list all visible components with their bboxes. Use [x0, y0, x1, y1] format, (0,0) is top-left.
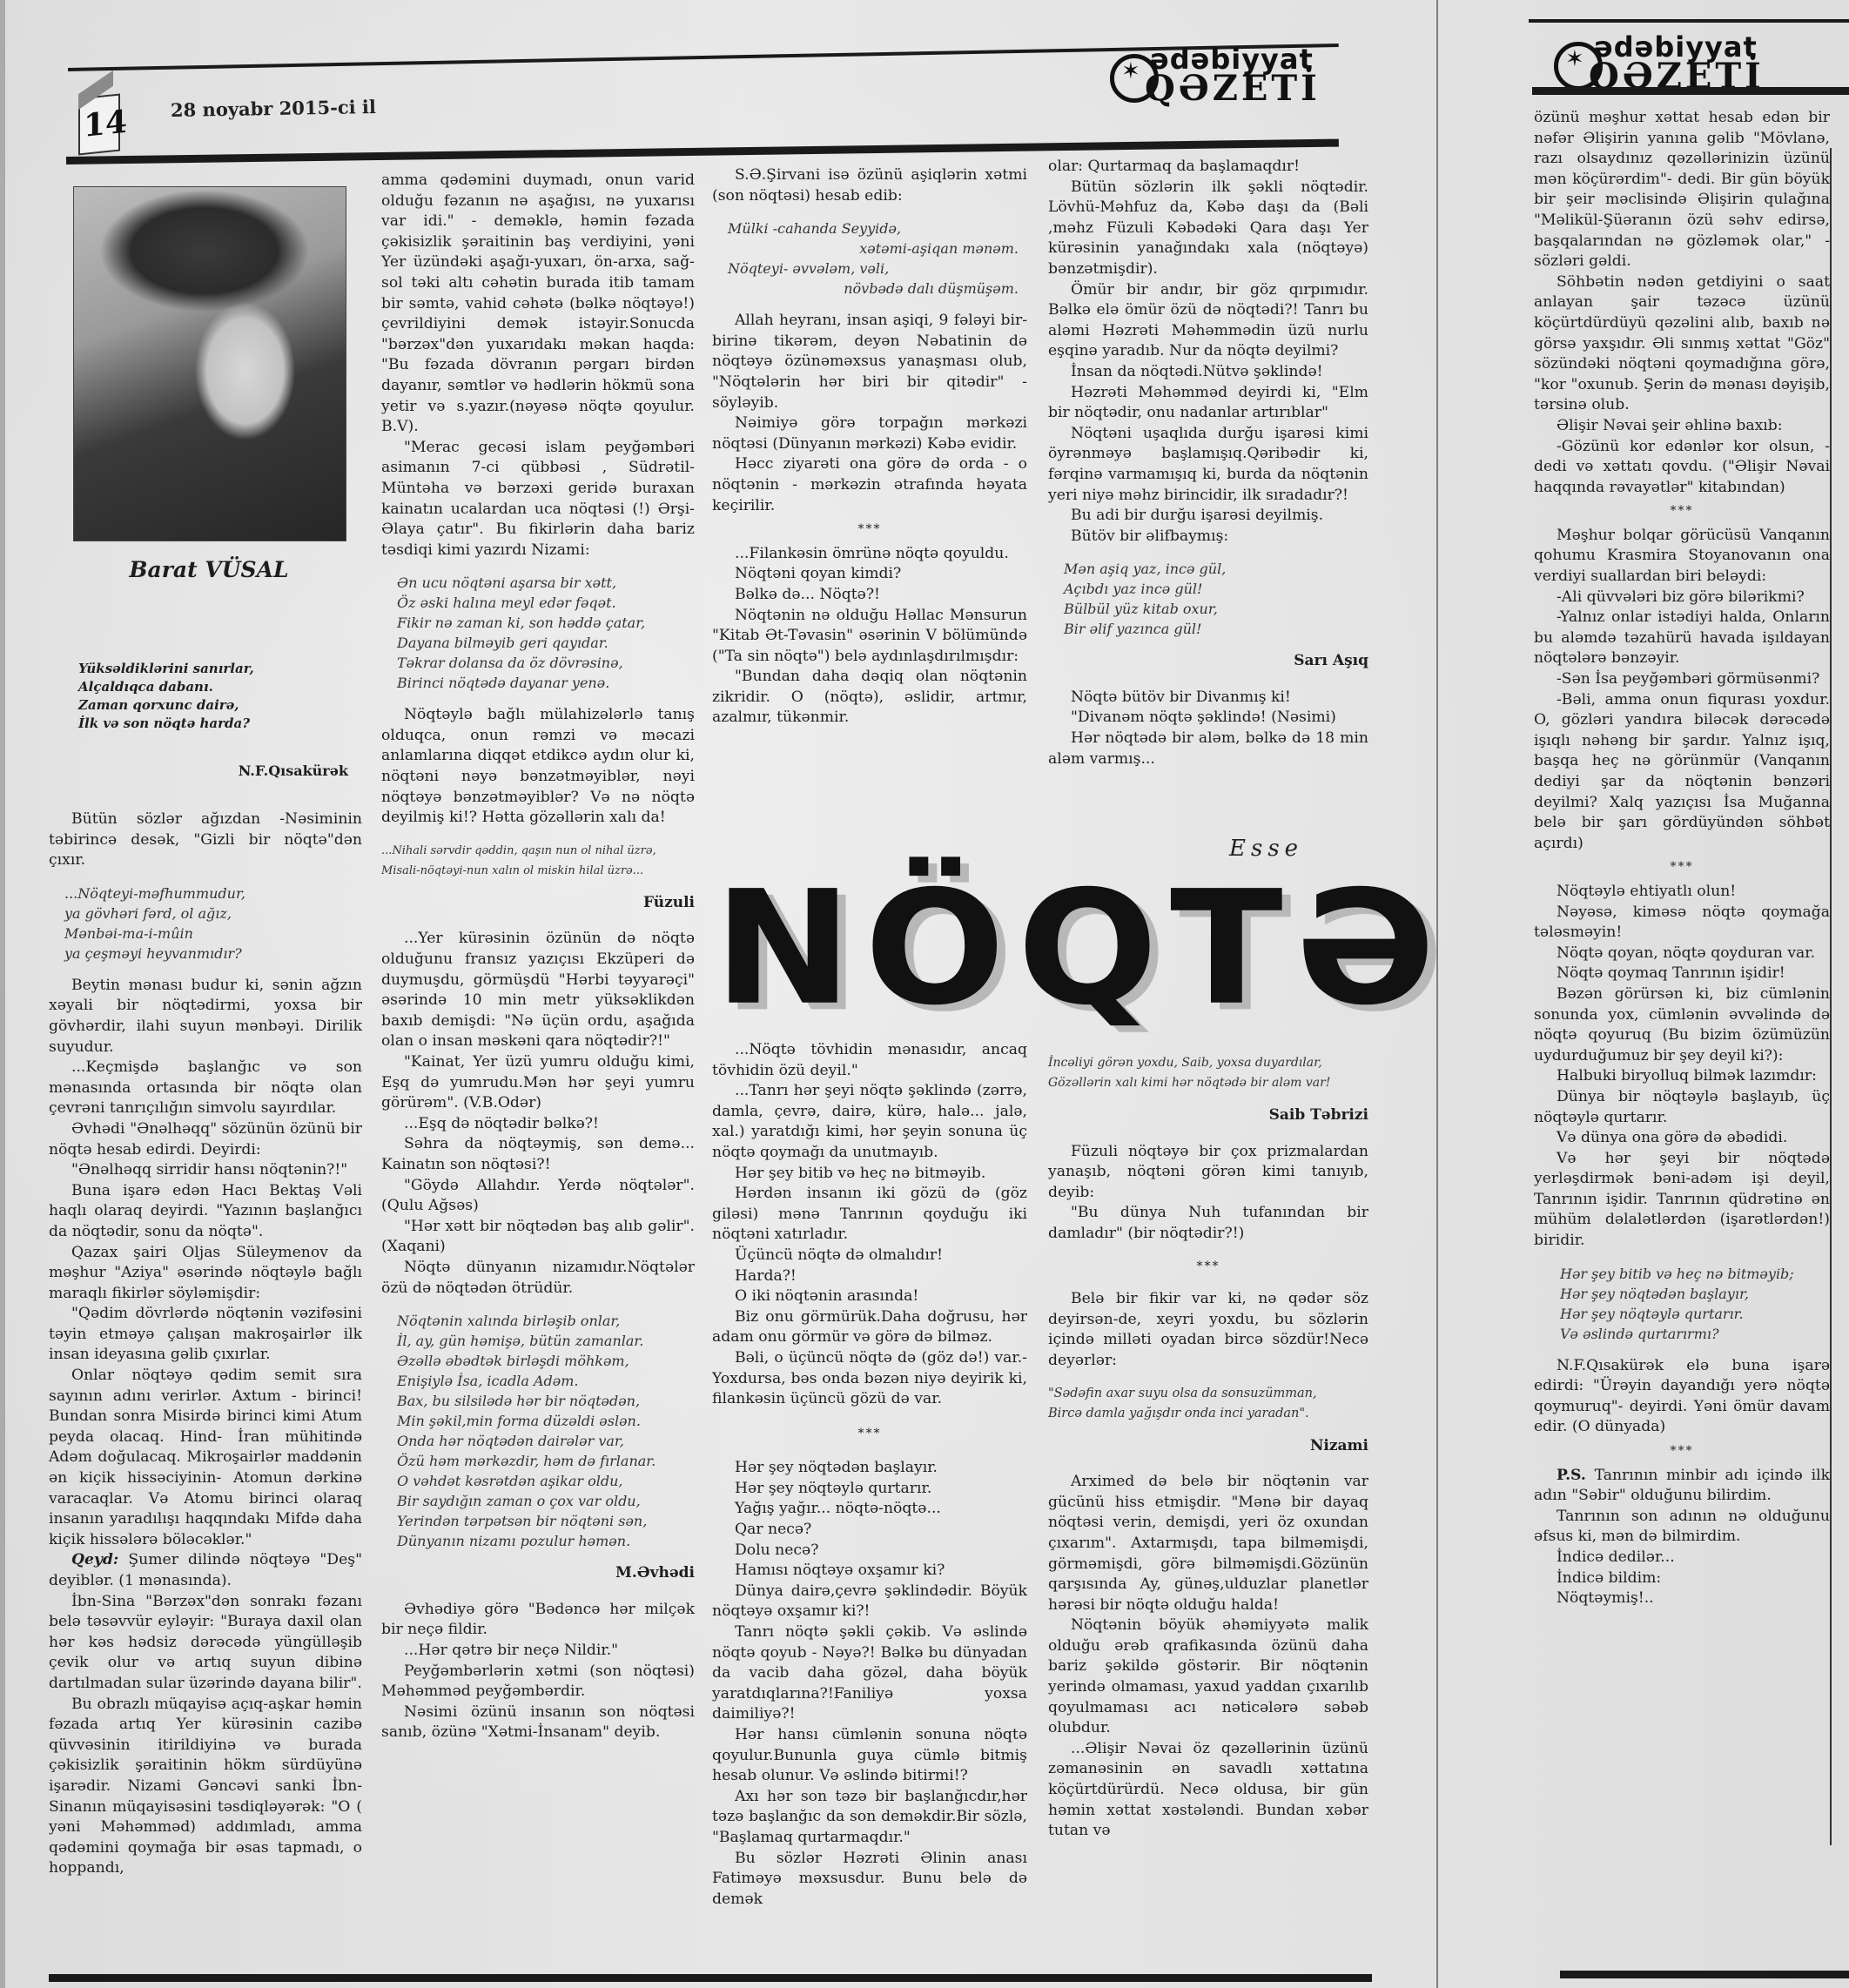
verse-attribution: Füzuli — [381, 893, 695, 914]
paragraph: Arximed də belə bir nöqtənin var gücünü … — [1048, 1472, 1368, 1615]
newspaper-logo: ədəbiyyat QƏZETİ — [1110, 45, 1293, 115]
paragraph: Nəsimi özünü insanın son nöqtəsi sanıb, … — [381, 1703, 695, 1743]
paragraph: "Hər xətt bir nöqtədən baş alıb gəlir". … — [381, 1217, 695, 1258]
article-title: NÖQTƏ — [714, 870, 1375, 1028]
note-paragraph: Qeyd: Şumer dilində nöqtəyə "Deş" deyibl… — [49, 1550, 362, 1591]
epigraph: Yüksəldiklərini sanırlar, Alçaldıqca dab… — [78, 660, 254, 733]
paragraph: Bütün sözlər ağızdan -Nəsiminin təbirinc… — [49, 809, 362, 871]
verse: Mülki -cahanda Seyyidə, xətəmi-aşiqan mə… — [728, 218, 1027, 299]
paragraph: Yağış yağır... nöqtə-nöqtə... — [712, 1499, 1027, 1520]
epigraph-line: Zaman qorxunc dairə, — [78, 696, 254, 715]
paragraph: Məşhur bolqar görücüsü Vanqanın qohumu K… — [1534, 526, 1830, 588]
column-3-bottom: ...Nöqtə tövhidin mənasıdır, ancaq tövhi… — [712, 1040, 1027, 1910]
paragraph: Allah heyranı, insan aşiqi, 9 fələyi bir… — [712, 311, 1027, 413]
paragraph: Həcc ziyarəti ona görə də orda - o nöqtə… — [712, 454, 1027, 516]
paragraph: özünü məşhur xəttat hesab edən bir nəfər… — [1534, 108, 1830, 272]
paragraph: Hər şey nöqtədən başlayır. — [712, 1458, 1027, 1479]
ps-label: P.S. — [1557, 1467, 1586, 1484]
paragraph: Nəimiyə görə torpağın mərkəzi nöqtəsi (D… — [712, 413, 1027, 454]
verse-line: Nöqtənin xalında birləşib onlar, — [397, 1311, 695, 1331]
verse-line: Bir əlif yazınca gül! — [1064, 619, 1368, 639]
paragraph: amma qədəmini duymadı, onun varid olduğu… — [381, 171, 695, 438]
verse-line: Birinci nöqtədə dayanar yenə. — [397, 673, 695, 693]
right-header-bottom-rule — [1532, 87, 1849, 95]
paragraph: "Bu dünya Nuh tufanından bir damladır" (… — [1048, 1203, 1368, 1244]
paragraph: Bütöv bir əlifbaymış: — [1048, 527, 1368, 547]
verse-line: ...Nihali sərvdir qəddin, qaşın nun ol n… — [381, 841, 695, 861]
paragraph: Tanrı nöqtə şəkli çəkib. Və əslində nöqt… — [712, 1622, 1027, 1725]
verse-line: Təkrar dolansa da öz dövrəsinə, — [397, 653, 695, 673]
paragraph: Nöqtə qoymaq Tanrının işidir! — [1534, 964, 1830, 984]
paragraph: Əlişir Nəvai şeir əhlinə baxıb: — [1534, 416, 1830, 437]
paragraph: Axı hər son təzə bir başlanğıcdır,hər tə… — [712, 1787, 1027, 1849]
verse-line: ya çeşməyi heyvanmıdır? — [64, 944, 362, 964]
verse: Mən aşiq yaz, incə gül, Açıbdı yaz incə … — [1064, 559, 1368, 639]
verse-line: ...Nöqteyi-məfhummudur, — [64, 883, 362, 903]
verse-line: Hər şey nöqtədən başlayır, — [1560, 1284, 1830, 1304]
verse: Hər şey bitib və heç nə bitməyib; Hər şe… — [1560, 1264, 1830, 1344]
verse: İncəliyi görən yoxdu, Saib, yoxsa duyard… — [1048, 1053, 1368, 1093]
paragraph: Bu sözlər Həzrəti Əlinin anası Fatiməyə … — [712, 1849, 1027, 1911]
paragraph: Əvhədiyə görə "Bədəncə hər milçək bir ne… — [381, 1600, 695, 1641]
section-separator: *** — [1534, 1441, 1830, 1462]
paragraph: Səhra da nöqtəymiş, sən demə... Kainatın… — [381, 1134, 695, 1175]
paragraph: Nöqtə bütöv bir Divanmış ki! — [1048, 688, 1368, 709]
logo-line-2: QƏZETİ — [1145, 71, 1321, 106]
paragraph: ...Yer kürəsinin özünün də nöqtə olduğun… — [381, 929, 695, 1052]
paragraph: olar: Qurtarmaq da başlamaqdır! — [1048, 157, 1368, 178]
verse-line: İncəliyi görən yoxdu, Saib, yoxsa duyard… — [1048, 1053, 1368, 1073]
verse-line: Ən ucu nöqtəni aşarsa bir xətt, — [397, 573, 695, 593]
page-number: 14 — [84, 104, 127, 144]
verse-line: Mən aşiq yaz, incə gül, — [1064, 559, 1368, 579]
paragraph: ...Filankəsin ömrünə nöqtə qoyuldu. — [712, 544, 1027, 565]
paragraph: Hər hansı cümlənin sonuna nöqtə qoyulur.… — [712, 1725, 1027, 1787]
epigraph-line: İlk və son nöqtə harda? — [78, 715, 254, 733]
column-2: amma qədəmini duymadı, onun varid olduğu… — [381, 171, 695, 1743]
verse-line: Öz əski halına meyl edər fəqət. — [397, 593, 695, 613]
paragraph: -Bəli, amma onun fiqurası yoxdur. O, göz… — [1534, 690, 1830, 855]
paragraph: Nöqtəni uşaqlıda durğu işarəsi kimi öyrə… — [1048, 424, 1368, 506]
paragraph: -Sən İsa peyğəmbəri görmüsənmi? — [1534, 669, 1830, 690]
epigraph-line: Yüksəldiklərini sanırlar, — [78, 660, 254, 678]
column-5: özünü məşhur xəttat hesab edən bir nəfər… — [1534, 108, 1830, 1609]
paragraph: İndicə bildim: — [1534, 1568, 1830, 1589]
paragraph: Bütün sözlərin ilk şəkli nöqtədir. Lövhü… — [1048, 178, 1368, 280]
paragraph: İbn-Sina "Bərzəx"dən sonrakı fəzanı belə… — [49, 1592, 362, 1695]
paragraph: -Yalnız onlar istədiyi halda, Onların bu… — [1534, 608, 1830, 669]
verse-line: Enişiylə İsa, icadla Adəm. — [397, 1371, 695, 1391]
verse-line: Misali-nöqtəyi-nun xalın ol miskin hilal… — [381, 861, 695, 881]
verse-line: İl, ay, gün həmişə, bütün zamanlar. — [397, 1331, 695, 1351]
verse-line: Və əslində qurtarırmı? — [1560, 1324, 1830, 1344]
paragraph: Tanrının son adının nə olduğunu əfsus ki… — [1534, 1507, 1830, 1548]
footer-rule-right — [1560, 1971, 1849, 1978]
right-header-top-rule — [1529, 19, 1849, 23]
paragraph: Belə bir fikir var ki, nə qədər söz deyi… — [1048, 1289, 1368, 1371]
verse-line: Əzəllə əbədtək birləşdi möhkəm, — [397, 1351, 695, 1371]
verse-line: Açıbdı yaz incə gül! — [1064, 579, 1368, 599]
paragraph: Qazax şairi Oljas Süleymenov da məşhur "… — [49, 1243, 362, 1305]
note-label: Qeyd: — [71, 1551, 118, 1568]
verse-line: Bax, bu silsilədə hər bir nöqtədən, — [397, 1391, 695, 1411]
paragraph: Qar necə? — [712, 1520, 1027, 1541]
paragraph: Onlar nöqtəyə qədim semit sıra sayının a… — [49, 1366, 362, 1550]
verse: Ən ucu nöqtəni aşarsa bir xətt, Öz əski … — [397, 573, 695, 693]
paragraph: Nöqtə qoyan, nöqtə qoyduran var. — [1534, 944, 1830, 964]
ps-paragraph: P.S. Tanrının minbir adı içində ilk adın… — [1534, 1466, 1830, 1507]
paragraph: Peyğəmbərlərin xətmi (son nöqtəsi) Məhəm… — [381, 1662, 695, 1703]
paragraph: Həzrəti Məhəmməd deyirdi ki, "Elm bir nö… — [1048, 383, 1368, 424]
section-separator: *** — [712, 1424, 1027, 1445]
paragraph: Nöqtəni qoyan kimdi? — [712, 564, 1027, 585]
paragraph: Bu obrazlı müqayisə açıq-aşkar həmin fəz… — [49, 1695, 362, 1879]
footer-rule — [49, 1974, 1372, 1982]
verse-line: Bircə damla yağışdır onda inci yaradan". — [1048, 1404, 1368, 1424]
paragraph: ...Tanrı hər şeyi nöqtə şəklində (zərrə,… — [712, 1081, 1027, 1163]
verse-line: Min şəkil,min forma düzəldi əslən. — [397, 1411, 695, 1431]
verse-line: Hər şey nöqtəylə qurtarır. — [1560, 1304, 1830, 1324]
verse-line: Dünyanın nizamı pozulur həmən. — [397, 1531, 695, 1551]
paragraph: Ömür bir andır, bir göz qırpımıdır. Bəlk… — [1048, 280, 1368, 362]
verse-line: Onda hər nöqtədən dairələr var, — [397, 1431, 695, 1451]
author-name: Barat VÜSAL — [73, 557, 345, 582]
paragraph: Nöqtənin böyük əhəmiyyətə malik olduğu ə… — [1048, 1615, 1368, 1739]
verse-line: Bir saydığın zaman o çox var oldu, — [397, 1491, 695, 1511]
verse-line: ya gövhəri fərd, ol ağız, — [64, 903, 362, 923]
paragraph: Hər şey bitib və heç nə bitməyib. — [712, 1164, 1027, 1185]
verse-line: Fikir nə zaman ki, son həddə çatar, — [397, 613, 695, 633]
column-4-bottom: İncəliyi görən yoxdu, Saib, yoxsa duyard… — [1048, 1036, 1368, 1842]
paragraph: Dolu necə? — [712, 1541, 1027, 1562]
paragraph: Nöqtə dünyanın nizamıdır.Nöqtələr özü də… — [381, 1258, 695, 1299]
paragraph: Bu adi bir durğu işarəsi deyilmiş. — [1048, 506, 1368, 527]
right-column-border — [1830, 148, 1832, 1845]
paragraph: Söhbətin nədən getdiyini o saat anlayan … — [1534, 272, 1830, 416]
paragraph: Bəzən görürsən ki, biz cümlənin sonunda … — [1534, 984, 1830, 1066]
paragraph: Buna işarə edən Hacı Bektaş Vəli haqlı o… — [49, 1181, 362, 1243]
paragraph: Bəlkə də... Nöqtə?! — [712, 585, 1027, 606]
paragraph: Hər şey nöqtəylə qurtarır. — [712, 1479, 1027, 1500]
paragraph: S.Ə.Şirvani isə özünü aşiqlərin xətmi (s… — [712, 165, 1027, 206]
paragraph: ...Əlişir Nəvai öz qəzəllərinin üzünü zə… — [1048, 1739, 1368, 1842]
verse: "Sədəfin axar suyu olsa da sonsuzümman, … — [1048, 1384, 1368, 1424]
page-number-badge: 14 — [78, 93, 120, 155]
paragraph: Bəli, o üçüncü nöqtə də (göz də!) var.- … — [712, 1348, 1027, 1410]
paragraph: O iki nöqtənin arasında! — [712, 1286, 1027, 1307]
paragraph: Halbuki biryolluq bilmək lazımdır: — [1534, 1066, 1830, 1087]
paragraph: "Divanəm nöqtə şəklində! (Nəsimi) — [1048, 708, 1368, 729]
verse: ...Nihali sərvdir qəddin, qaşın nun ol n… — [381, 841, 695, 881]
paragraph: Beytin mənası budur ki, sənin ağzın xəya… — [49, 976, 362, 1058]
paragraph: "Merac gecəsi islam peyğəmbəri asimanın … — [381, 438, 695, 561]
paragraph: İnsan da nöqtədi.Nütvə şəklində! — [1048, 362, 1368, 383]
section-separator: *** — [1534, 857, 1830, 878]
section-separator: *** — [1048, 1257, 1368, 1278]
paragraph: -Ali qüvvələri biz görə bilərikmi? — [1534, 588, 1830, 608]
verse-attribution: Nizami — [1048, 1436, 1368, 1457]
paragraph: Nöqtəylə ehtiyatlı olun! — [1534, 882, 1830, 903]
verse-line: Hər şey bitib və heç nə bitməyib; — [1560, 1264, 1830, 1284]
paragraph: Nöqtəymiş!.. — [1534, 1588, 1830, 1609]
paragraph: ...Nöqtə tövhidin mənasıdır, ancaq tövhi… — [712, 1040, 1027, 1081]
paragraph: ...Hər qətrə bir neçə Nildir." — [381, 1641, 695, 1662]
paragraph: "Ənəlhəqq sirridir hansı nöqtənin?!" — [49, 1160, 362, 1181]
paragraph: Hamısı nöqtəyə oxşamır ki? — [712, 1561, 1027, 1582]
paragraph: ...Keçmişdə başlanğıc və son mənasında o… — [49, 1058, 362, 1119]
verse-line: Mənbəi-ma-i-mûin — [64, 923, 362, 944]
column-3-top: S.Ə.Şirvani isə özünü aşiqlərin xətmi (s… — [712, 165, 1027, 729]
paragraph: Üçüncü nöqtə də olmalıdır! — [712, 1246, 1027, 1266]
paragraph: Hər nöqtədə bir aləm, bəlkə də 18 min al… — [1048, 729, 1368, 769]
paragraph: "Qədim dövrlərdə nöqtənin vəzifəsini təy… — [49, 1304, 362, 1366]
verse-line: "Sədəfin axar suyu olsa da sonsuzümman, — [1048, 1384, 1368, 1404]
verse-line: növbədə dalı düşmüşəm. — [728, 279, 1027, 299]
paragraph: Nöqtəylə bağlı mülahizələrlə tanış olduq… — [381, 705, 695, 829]
epigraph-line: Alçaldıqca dabanı. — [78, 678, 254, 696]
epigraph-attribution: N.F.Qısakürək — [200, 762, 348, 779]
page-edge — [0, 0, 5, 1988]
paragraph: Biz onu görmürük.Daha doğrusu, hər adam … — [712, 1307, 1027, 1348]
paragraph: Nöqtənin nə olduğu Həllac Mənsurun "Kita… — [712, 606, 1027, 668]
paragraph: Füzuli nöqtəyə bir çox prizmalardan yana… — [1048, 1142, 1368, 1204]
paragraph: N.F.Qısakürək elə buna işarə edirdi: "Ür… — [1534, 1356, 1830, 1438]
section-separator: *** — [1534, 501, 1830, 522]
verse-line: Özü həm mərkəzdir, həm də fırlanar. — [397, 1451, 695, 1471]
paragraph: -Gözünü kor edənlər kor olsun, - dedi və… — [1534, 437, 1830, 499]
paragraph: Hərdən insanın iki gözü də (göz giləsi) … — [712, 1184, 1027, 1246]
paragraph: Əvhədi "Ənəlhəqq" sözünün özünü bir nöqt… — [49, 1119, 362, 1160]
paragraph: "Göydə Allahdır. Yerdə nöqtələr". (Qulu … — [381, 1176, 695, 1217]
paragraph: Nəyəsə, kiməsə nöqtə qoymağa tələsməyin! — [1534, 903, 1830, 944]
verse-line: Gözəllərin xalı kimi hər nöqtədə bir alə… — [1048, 1073, 1368, 1093]
paragraph: Və dünya ona görə də əbədidi. — [1534, 1128, 1830, 1149]
verse: ...Nöqteyi-məfhummudur, ya gövhəri fərd,… — [64, 883, 362, 964]
verse-line: Bülbül yüz kitab oxur, — [1064, 599, 1368, 619]
column-4-top: olar: Qurtarmaq da başlamaqdır! Bütün sö… — [1048, 157, 1368, 769]
paragraph: Və hər şeyi bir nöqtədə yerləşdirmək bən… — [1534, 1149, 1830, 1252]
verse-attribution: Sarı Aşıq — [1048, 651, 1368, 672]
verse-line: Nöqteyi- əvvələm, vəli, — [728, 259, 1027, 279]
verse-attribution: M.Əvhədi — [381, 1563, 695, 1584]
paragraph: Harda?! — [712, 1266, 1027, 1287]
paragraph: Dünya bir nöqtəylə başlayıb, üç nöqtəylə… — [1534, 1087, 1830, 1128]
author-portrait — [73, 186, 346, 541]
verse-line: xətəmi-aşiqan mənəm. — [728, 238, 1027, 259]
paragraph: İndicə dedilər... — [1534, 1548, 1830, 1568]
verse: Nöqtənin xalında birləşib onlar, İl, ay,… — [397, 1311, 695, 1551]
verse-line: Mülki -cahanda Seyyidə, — [728, 218, 1027, 238]
verse-line: O vəhdət kəsrətdən aşikar oldu, — [397, 1471, 695, 1491]
issue-date: 28 noyabr 2015-ci il — [171, 96, 376, 121]
paragraph: ...Eşq də nöqtədir bəlkə?! — [381, 1114, 695, 1135]
verse-line: Dayana bilməyib geri qayıdar. — [397, 633, 695, 653]
paragraph: Dünya dairə,çevrə şəklindədir. Böyük nöq… — [712, 1582, 1027, 1622]
column-1: Bütün sözlər ağızdan -Nəsiminin təbirinc… — [49, 809, 362, 1879]
section-separator: *** — [712, 520, 1027, 541]
verse-line: Yerindən tərpətsən bir nöqtəni sən, — [397, 1511, 695, 1531]
verse-attribution: Saib Təbrizi — [1048, 1105, 1368, 1126]
paragraph: "Bundan daha dəqiq olan nöqtənin zikridi… — [712, 667, 1027, 729]
paragraph: "Kainat, Yer üzü yumru olduğu kimi, Eşq … — [381, 1052, 695, 1114]
